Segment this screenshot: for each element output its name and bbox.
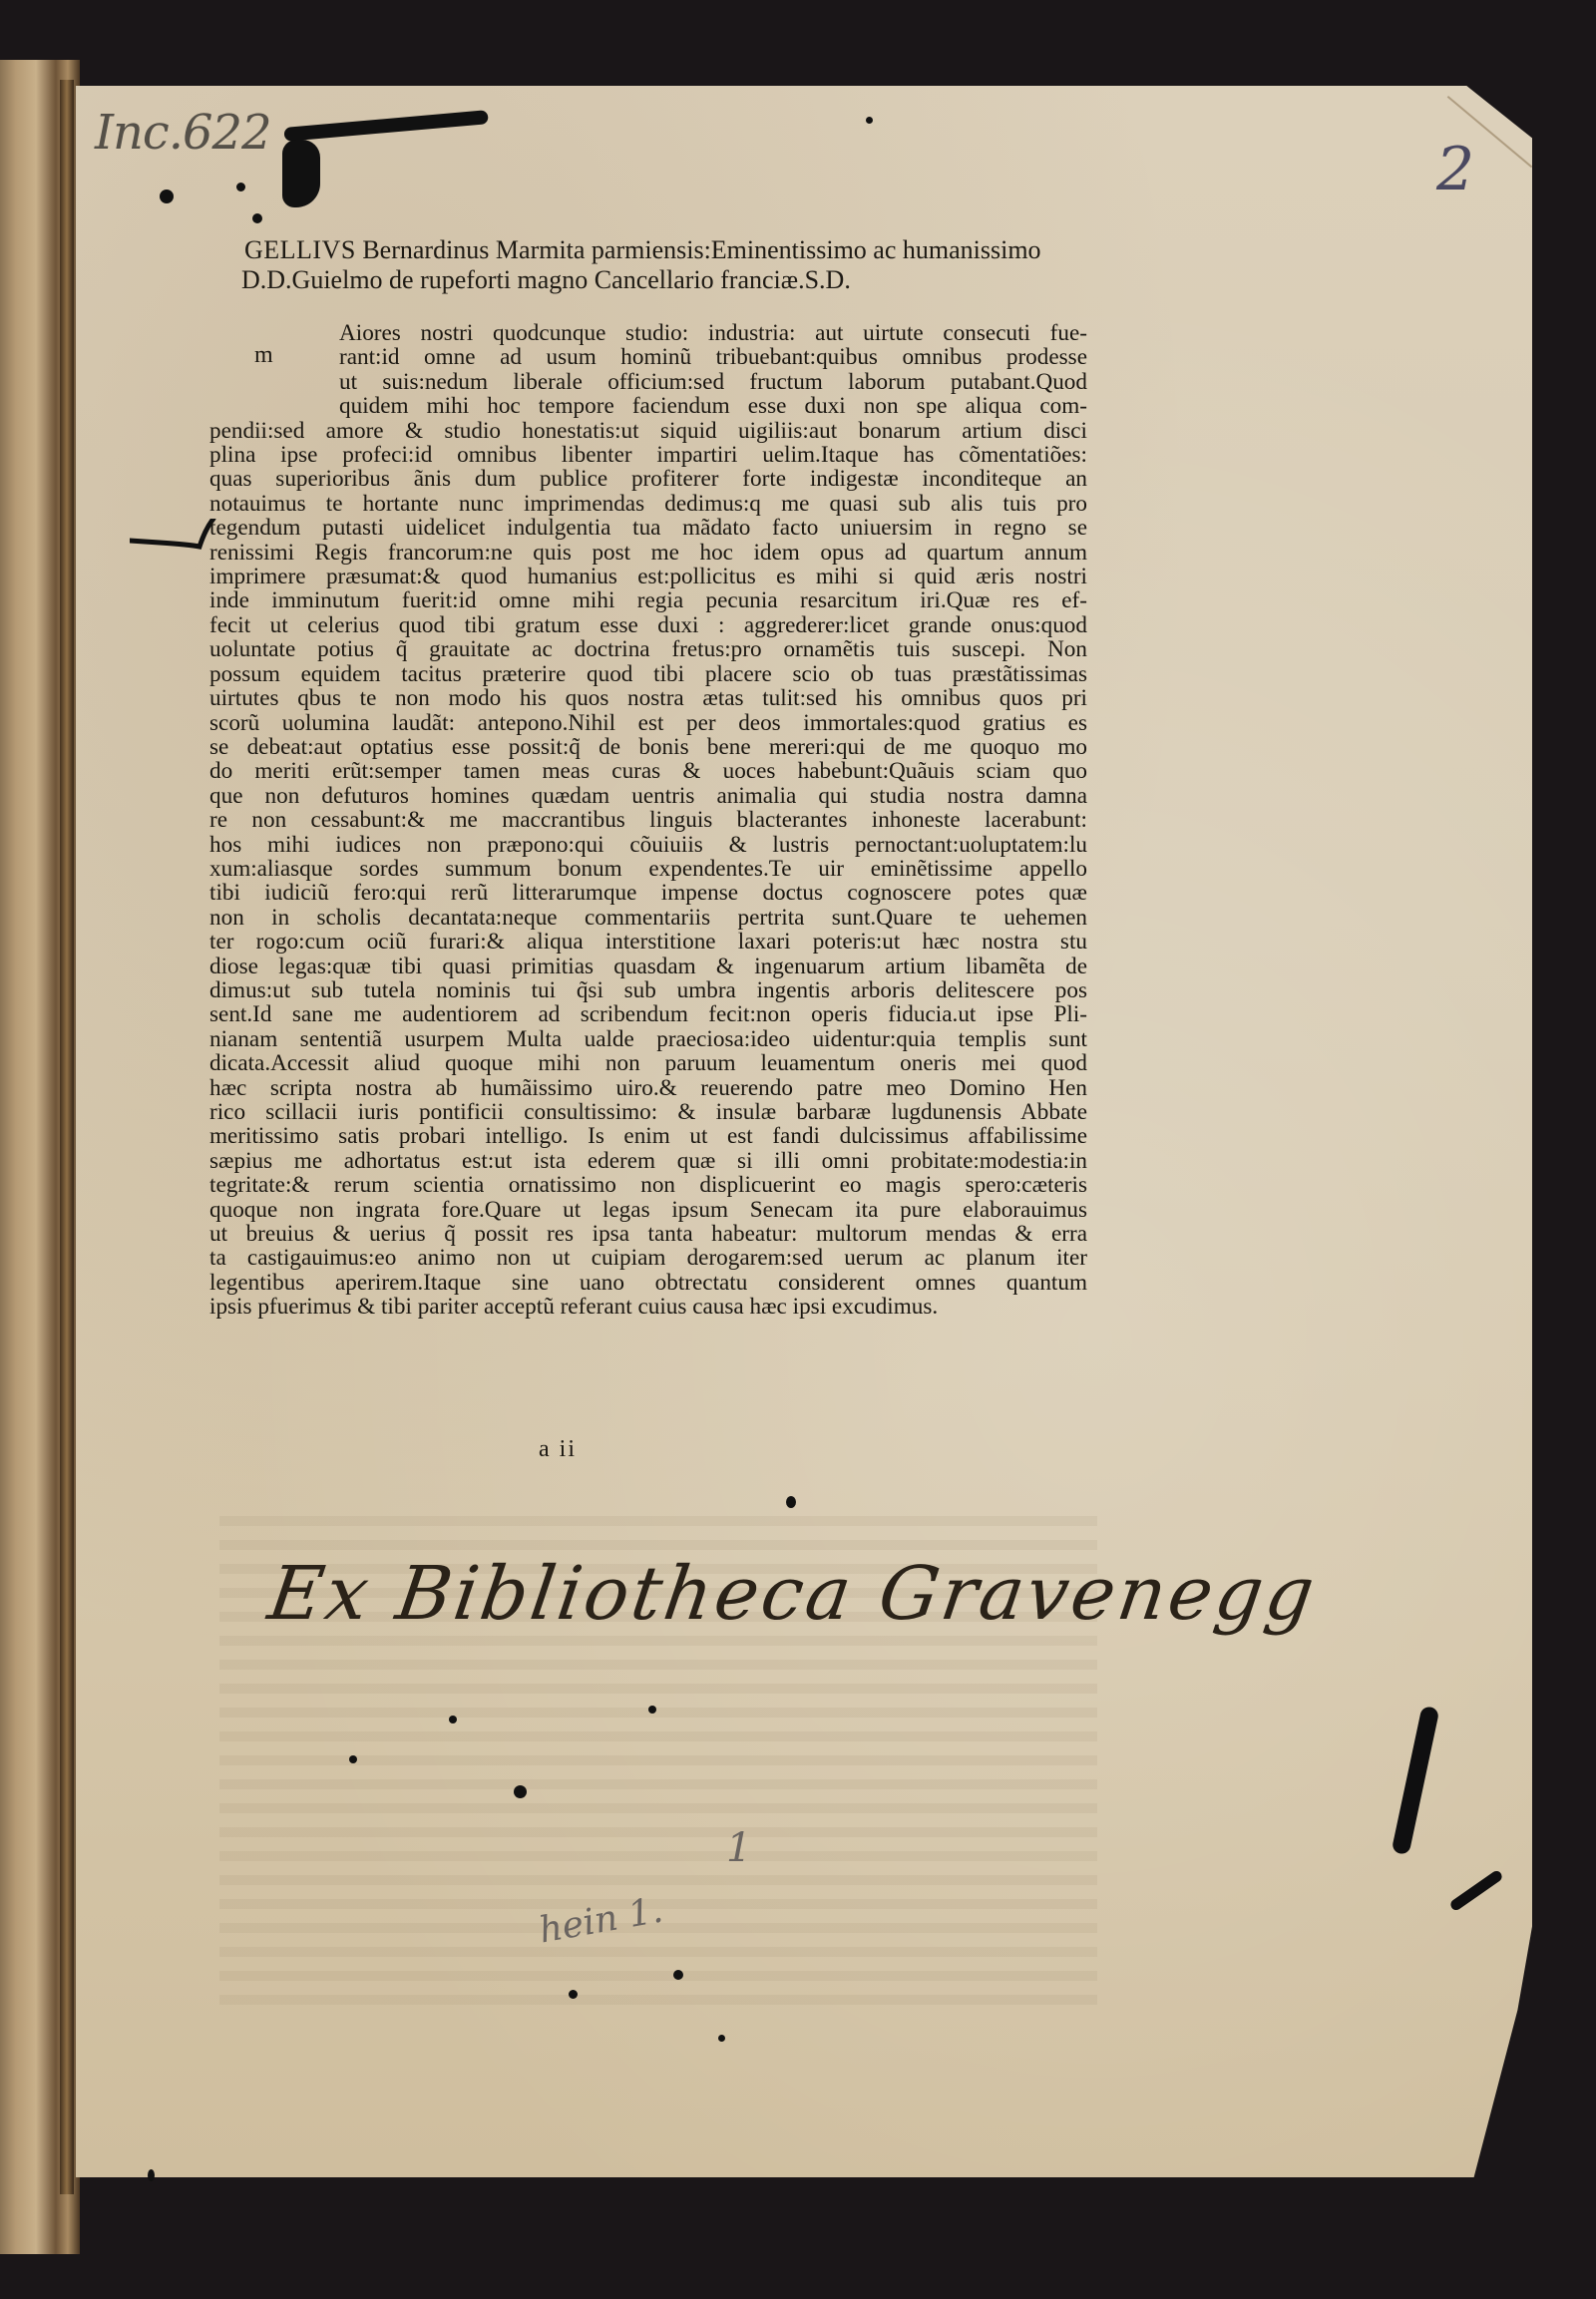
text-line: rico scillacii iuris pontificii consulti… <box>209 1100 1087 1124</box>
ink-blot-icon <box>282 140 320 207</box>
text-line: diose legas:quæ tibi quasi primitias qua… <box>209 955 1087 978</box>
wormhole-icon <box>449 1716 457 1724</box>
text-line: quas superioribus ãnis dum publice profi… <box>209 467 1087 491</box>
pencil-mark: 1 <box>726 1825 751 1871</box>
text-line: Aiores nostri quodcunque studio: industr… <box>209 321 1087 345</box>
text-line: rant:id omne ad usum hominũ tribuebant:q… <box>209 345 1087 369</box>
text-line: re non cessabunt:& me maccrantibus lingu… <box>209 808 1087 832</box>
text-line: inde imminutum fuerit:id omne mihi regia… <box>209 588 1087 612</box>
shelfmark: Inc.622 <box>95 105 271 161</box>
text-line: legentibus aperirem.Itaque sine uano obt… <box>209 1271 1087 1295</box>
text-line: quidem mihi hoc tempore faciendum esse d… <box>209 394 1087 418</box>
text-line: fecit ut celerius quod tibi gratum esse … <box>209 613 1087 637</box>
text-line: possum equidem tacitus præterire quod ti… <box>209 662 1087 686</box>
text-line: se debeat:aut optatius esse possit:q̃ de… <box>209 735 1087 759</box>
text-line: imprimere præsumat:& quod humanius est:p… <box>209 565 1087 588</box>
text-line: uirtutes qbus te non modo his quos nostr… <box>209 686 1087 710</box>
text-line: ipsis pfuerimus & tibi pariter acceptũ r… <box>209 1295 1087 1319</box>
heading-line-2: D.D.Guielmo de rupeforti magno Cancellar… <box>241 265 1102 295</box>
dedication-body: Aiores nostri quodcunque studio: industr… <box>209 321 1087 1320</box>
folio-number: 2 <box>1436 135 1474 204</box>
wormhole-icon <box>866 117 873 124</box>
signature-mark: a ii <box>539 1436 577 1463</box>
text-line: uoluntate potius q̃ grauitate ac doctrin… <box>209 637 1087 661</box>
text-line: pendii:sed amore & studio honestatis:ut … <box>209 419 1087 443</box>
text-line: hos mihi iudices non præpono:qui cõuiuii… <box>209 833 1087 857</box>
text-line: plina ipse profeci:id omnibus libenter i… <box>209 443 1087 467</box>
gutter-edge <box>60 80 74 2194</box>
text-line: tibi iudiciũ fero:qui rerũ litterarumque… <box>209 881 1087 905</box>
text-line: nianam sententiã usurpem Multa ualde pra… <box>209 1027 1087 1051</box>
text-line: que non defuturos homines quædam uentris… <box>209 784 1087 808</box>
wormhole-icon <box>786 1496 796 1508</box>
text-line: ter rogo:cum ociũ furari:& aliqua inters… <box>209 930 1087 954</box>
wormhole-icon <box>673 1970 683 1980</box>
text-line: renissimi Regis francorum:ne quis post m… <box>209 541 1087 565</box>
text-line: do meriti erũt:semper tamen meas curas &… <box>209 759 1087 783</box>
wormhole-icon <box>718 2035 725 2042</box>
wormhole-icon <box>349 1755 357 1763</box>
text-line: tegritate:& rerum scientia ornatissimo n… <box>209 1173 1087 1197</box>
text-line: tegendum putasti uidelicet indulgentia t… <box>209 516 1087 540</box>
wormhole-icon <box>569 1990 578 1999</box>
wormhole-icon <box>648 1706 656 1714</box>
text-line: ut breuius & uerius q̃ possit res ipsa t… <box>209 1222 1087 1246</box>
text-line: xum:aliasque sordes summum bonum expende… <box>209 857 1087 881</box>
wormhole-icon <box>252 213 262 223</box>
text-line: non in scholis decantata:neque commentar… <box>209 906 1087 930</box>
wormhole-icon <box>514 1785 527 1798</box>
text-line: ta castigauimus:eo animo non ut cuipiam … <box>209 1246 1087 1270</box>
dedication-heading: GELLIVS Bernardinus Marmita parmiensis:E… <box>244 235 1102 295</box>
text-line: quoque non ingrata fore.Quare ut legas i… <box>209 1198 1087 1222</box>
wormhole-icon <box>148 2169 155 2181</box>
text-line: dicata.Accessit aliud quoque mihi non pa… <box>209 1051 1087 1075</box>
text-line: notauimus te hortante nunc imprimendas d… <box>209 492 1087 516</box>
wormhole-icon <box>236 183 245 192</box>
author-caps: GELLIVS <box>244 235 356 264</box>
wormhole-icon <box>160 190 174 203</box>
text-line: hæc scripta nostra ab humãissimo uiro.& … <box>209 1076 1087 1100</box>
text-line: meritissimo satis probari intelligo. Is … <box>209 1124 1087 1148</box>
text-line: scorũ uolumina laudãt: antepono.Nihil es… <box>209 711 1087 735</box>
text-line: sent.Id sane me audentiorem ad scribendu… <box>209 1002 1087 1026</box>
marginal-pointer-icon <box>130 519 219 559</box>
ownership-inscription: Ex Bibliotheca Gravenegg <box>263 1551 1322 1637</box>
text-line: dimus:ut sub tutela nominis tui q̃si sub… <box>209 978 1087 1002</box>
text-line: sæpius me adhortatus est:ut ista ederem … <box>209 1149 1087 1173</box>
text-line: ut suis:nedum liberale officium:sed fruc… <box>209 370 1087 394</box>
